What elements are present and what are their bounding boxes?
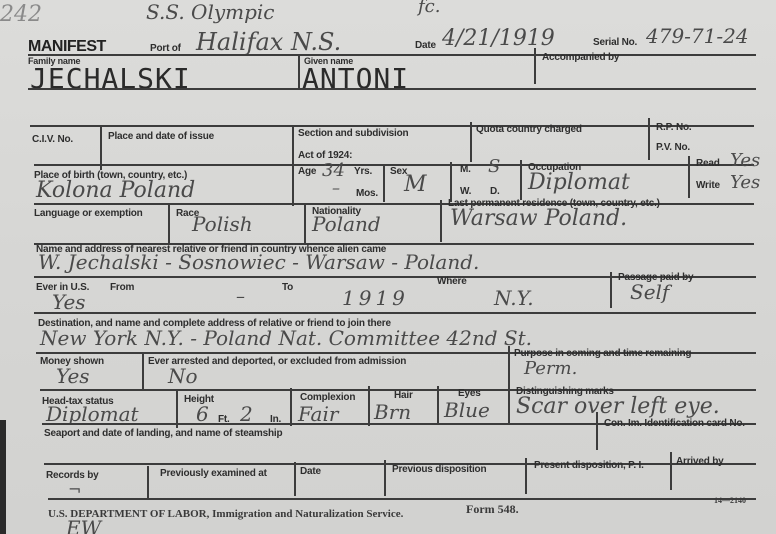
rp-label: R.P. No. <box>656 122 691 133</box>
section-label: Section and subdivision <box>298 128 408 139</box>
rule <box>384 460 386 496</box>
occupation-value: Diplomat <box>528 170 630 195</box>
pv-label: P.V. No. <box>656 142 690 153</box>
accompanied-label: Accompanied by <box>542 52 619 63</box>
seaport-label: Seaport and date of landing, and name of… <box>44 428 282 439</box>
eyes-value: Blue <box>444 398 490 422</box>
arrived-label: Arrived by <box>676 456 723 467</box>
money-value: Yes <box>56 364 90 388</box>
to-label: To <box>282 282 293 293</box>
civ-label: C.I.V. No. <box>32 134 73 145</box>
rule <box>450 162 452 202</box>
serial-label: Serial No. <box>593 37 637 48</box>
rule <box>147 466 149 500</box>
serial-value: 479-71-24 <box>646 24 749 48</box>
family-name-value: JECHALSKI <box>30 62 191 95</box>
mos-label: Mos. <box>356 188 378 199</box>
port-label: Port of <box>150 43 181 54</box>
where-label: Where <box>437 276 467 287</box>
present-disposition-label: Present disposition, P. I. <box>534 460 644 471</box>
rule <box>440 200 442 242</box>
from-label: From <box>110 282 134 293</box>
rule <box>508 346 510 386</box>
purpose-value: Perm. <box>524 358 577 379</box>
rule <box>290 388 292 426</box>
language-label: Language or exemption <box>34 208 143 219</box>
write-label: Write <box>696 180 720 191</box>
rule <box>34 312 756 314</box>
rule <box>30 125 754 127</box>
nationality-value: Poland <box>312 212 381 236</box>
from-value: – <box>236 286 245 307</box>
w-label: W. <box>460 186 471 197</box>
given-name-value: ANTONI <box>302 62 409 95</box>
rule <box>304 204 306 244</box>
rule <box>294 462 296 496</box>
rule <box>470 122 472 162</box>
rule <box>688 156 690 198</box>
rule <box>298 54 300 90</box>
rule <box>168 204 170 244</box>
destination-value: New York N.Y. - Poland Nat. Committee 42… <box>40 326 532 350</box>
rule <box>48 498 756 500</box>
read-label: Read <box>696 158 720 169</box>
form-code: 14—2140 <box>714 496 746 505</box>
marks-value: Scar over left eye. <box>516 394 720 419</box>
records-date-label: Date <box>300 466 321 477</box>
form-number: Form 548. <box>466 502 519 517</box>
hair-value: Brn <box>374 400 411 424</box>
manifest-card: 242 S.S. Olympic fc. MANIFEST Port of Ha… <box>0 0 776 534</box>
to-value: 1919 <box>342 286 409 310</box>
sex-value: M <box>404 172 427 197</box>
race-value: Polish <box>192 212 253 236</box>
con-label: Con. Im. Identification card No. <box>604 418 745 429</box>
records-value: ¬ <box>68 480 81 499</box>
date-value: 4/21/1919 <box>442 26 555 51</box>
rule <box>670 452 672 490</box>
residence-value: Warsaw Poland. <box>450 206 627 231</box>
yrs-label: Yrs. <box>354 166 372 177</box>
where-value: N.Y. <box>494 286 534 310</box>
read-value: Yes <box>730 150 760 171</box>
rule <box>534 48 536 84</box>
ship-annotation: S.S. Olympic <box>146 0 275 24</box>
card-edge-shadow <box>0 420 6 534</box>
place-issue-label: Place and date of issue <box>108 131 214 142</box>
rule <box>368 386 370 426</box>
rule <box>28 54 756 56</box>
rule <box>437 386 439 424</box>
m-label: M. <box>460 164 471 175</box>
s-value: S <box>488 156 500 177</box>
relative-value: W. Jechalski - Sosnowiec - Warsaw - Pola… <box>38 250 479 274</box>
age-label: Age <box>298 166 316 177</box>
rule <box>508 384 510 424</box>
rule <box>292 126 294 206</box>
rule <box>142 352 144 390</box>
rule <box>610 272 612 308</box>
rule <box>383 164 385 202</box>
rule <box>28 88 756 90</box>
rule <box>525 458 527 494</box>
ever-value: Yes <box>52 290 86 314</box>
top-mark: fc. <box>418 0 440 17</box>
initials: EW <box>66 516 101 534</box>
write-value: Yes <box>730 172 760 193</box>
department-footer: U.S. DEPARTMENT OF LABOR, Immigration an… <box>48 508 403 520</box>
rule <box>520 160 522 200</box>
age-months: – <box>332 178 340 197</box>
birth-value: Kolona Poland <box>36 178 195 203</box>
arrested-value: No <box>168 364 198 388</box>
port-value: Halifax N.S. <box>196 28 341 56</box>
quota-label: Quota country charged <box>476 124 582 135</box>
d-label: D. <box>490 186 500 197</box>
previously-label: Previously examined at <box>160 468 267 479</box>
prev-disposition-label: Previous disposition <box>392 464 486 475</box>
passage-value: Self <box>630 280 669 304</box>
rule <box>648 118 650 160</box>
date-label: Date <box>415 40 436 51</box>
corner-number: 242 <box>0 2 42 27</box>
rule <box>596 412 598 450</box>
